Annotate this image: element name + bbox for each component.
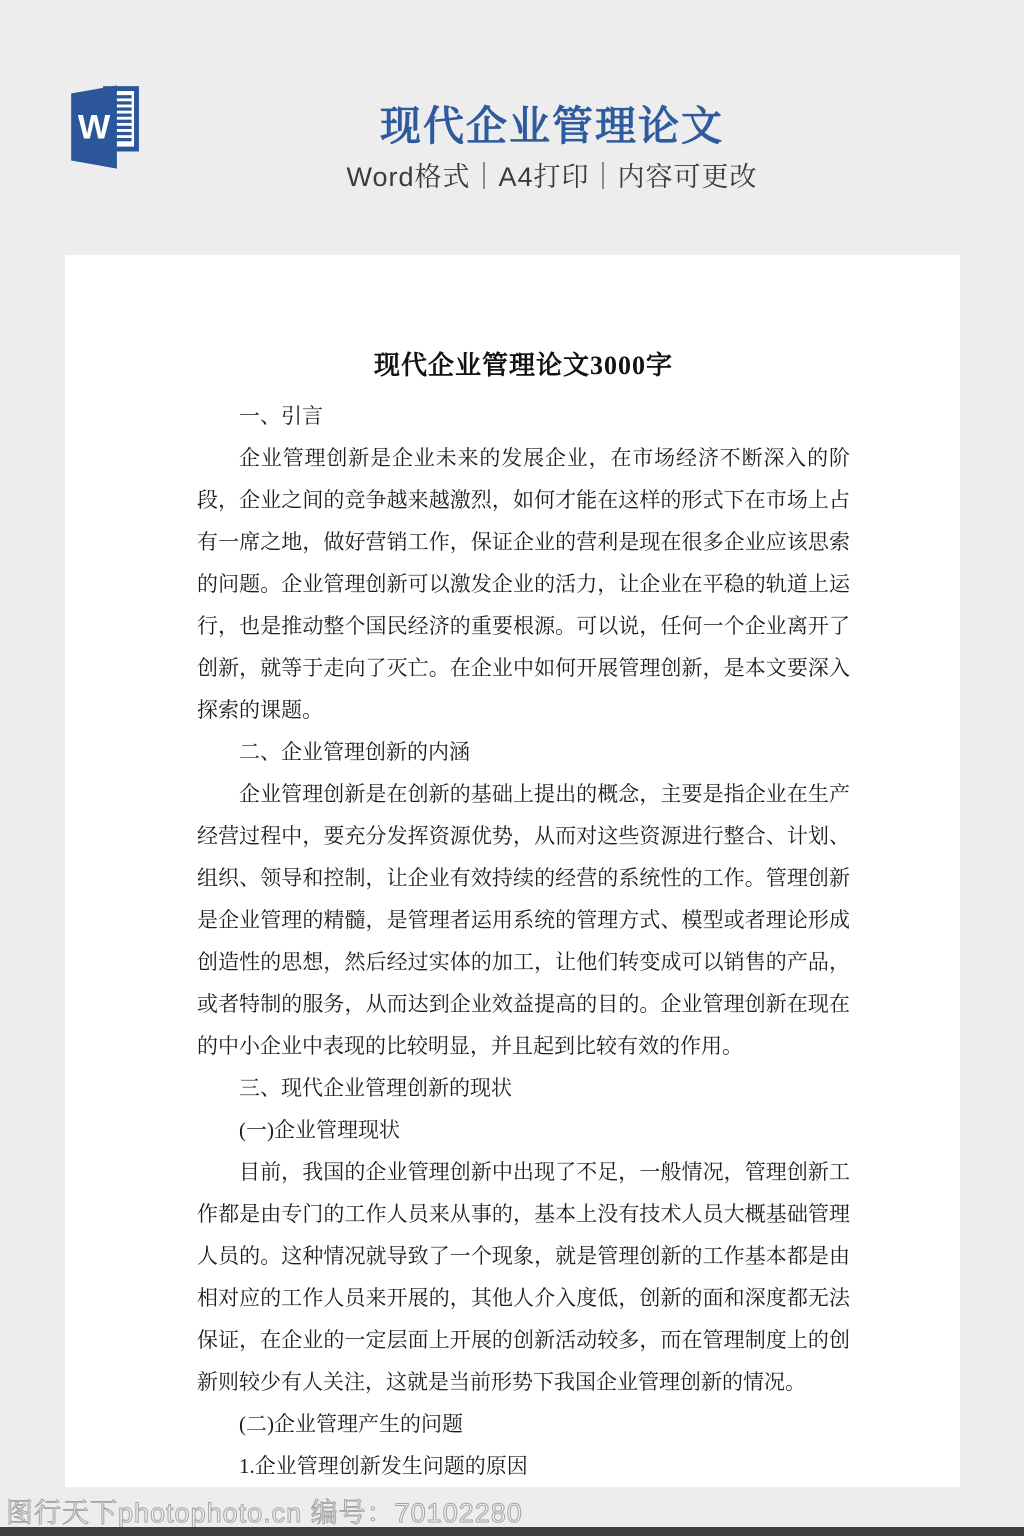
document-title: 现代企业管理论文3000字 [197,345,850,382]
doc-heading-3: 三、现代企业管理创新的现状 [197,1067,850,1109]
doc-heading-2: 二、企业管理创新的内涵 [197,731,850,773]
template-title: 现代企业管理论文 [80,93,1024,152]
doc-paragraph-1: 企业管理创新是企业未来的发展企业，在市场经济不断深入的阶段，企业之间的竞争越来越… [197,437,850,731]
bottom-bar [0,1527,1024,1536]
doc-heading-1: 一、引言 [197,395,850,437]
document-content: 现代企业管理论文3000字 一、引言 企业管理创新是企业未来的发展企业，在市场经… [65,255,960,1487]
template-subtitle: Word格式｜A4打印｜内容可更改 [80,155,1024,194]
doc-paragraph-3: 目前，我国的企业管理创新中出现了不足，一般情况，管理创新工作都是由专门的工作人员… [197,1151,850,1403]
watermark-text: 图行天下photophoto.cn 编号：70102280 [6,1491,523,1530]
document-page: 现代企业管理论文3000字 一、引言 企业管理创新是企业未来的发展企业，在市场经… [65,255,960,1487]
doc-subheading-3-1: (一)企业管理现状 [197,1109,850,1151]
doc-list-item-1: 1.企业管理创新发生问题的原因 [197,1445,850,1487]
doc-paragraph-2: 企业管理创新是在创新的基础上提出的概念，主要是指企业在生产经营过程中，要充分发挥… [197,773,850,1067]
doc-subheading-3-2: (二)企业管理产生的问题 [197,1403,850,1445]
